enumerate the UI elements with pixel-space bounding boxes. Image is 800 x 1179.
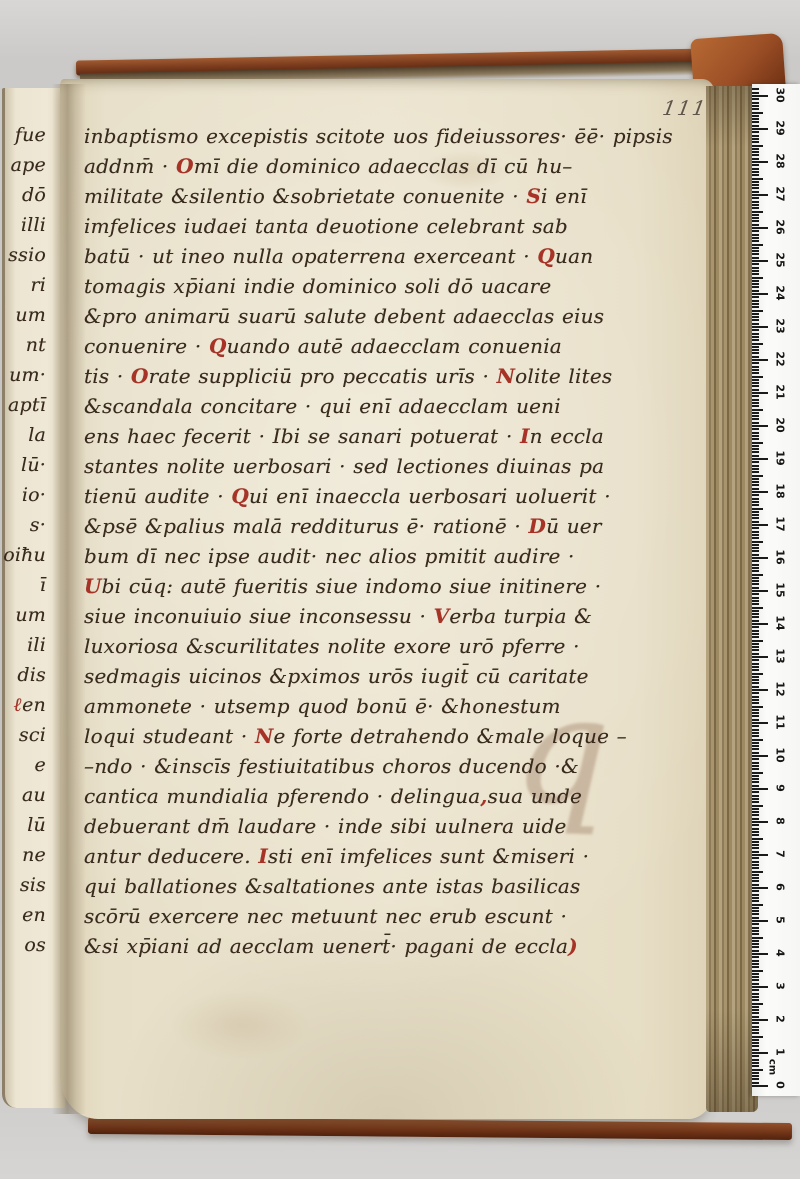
ruler-tick: [752, 772, 763, 774]
ruler-tick: [752, 181, 759, 183]
fragment-line: ri: [0, 274, 52, 304]
ruler-tick: [752, 880, 759, 882]
ruler-tick: [752, 811, 759, 813]
ruler-number: 8: [774, 810, 787, 832]
ruler-tick: [752, 877, 759, 879]
rubric-initial: ℓ: [14, 694, 22, 716]
rubric-initial: Q: [537, 244, 555, 268]
ruler-tick: [752, 1078, 759, 1080]
ruler-tick: [752, 161, 768, 163]
ruler-number: 2: [774, 1008, 787, 1030]
fragment-line: lū·: [0, 454, 52, 484]
ruler-tick: [752, 253, 759, 255]
ruler-tick: [752, 389, 759, 391]
ruler-tick: [752, 356, 759, 358]
ruler-tick: [752, 821, 768, 823]
ruler-tick: [752, 461, 759, 463]
ruler-tick: [752, 273, 759, 275]
ruler-tick: [752, 300, 759, 302]
ruler-tick: [752, 679, 759, 681]
ruler-tick: [752, 428, 759, 430]
ruler-tick: [752, 719, 759, 721]
ruler-tick: [752, 92, 759, 94]
ruler-tick: [752, 791, 759, 793]
ruler-tick: [752, 1006, 759, 1008]
ruler-tick: [752, 1072, 759, 1074]
ruler-tick: [752, 293, 768, 295]
ruler-tick: [752, 745, 759, 747]
ruler-tick: [752, 270, 759, 272]
ruler-tick: [752, 814, 759, 816]
manuscript-line: stantes nolite uerbosari · sed lectiones…: [84, 454, 674, 484]
ruler-tick: [752, 607, 763, 609]
ruler-tick: [752, 963, 759, 965]
ruler-tick: [752, 187, 759, 189]
ruler-tick: [752, 151, 759, 153]
ruler-tick: [752, 339, 759, 341]
ruler-tick: [752, 527, 759, 529]
ruler-tick: [752, 1059, 759, 1061]
fragment-line: sis: [0, 874, 52, 904]
ruler-tick: [752, 739, 763, 741]
ruler-tick: [752, 425, 768, 427]
ruler-tick: [752, 930, 759, 932]
manuscript-line: scōrū exercere nec metuunt nec erub escu…: [84, 904, 674, 934]
ruler-tick: [752, 313, 759, 315]
ruler-tick: [752, 138, 759, 140]
ruler-tick: [752, 197, 759, 199]
ruler-tick: [752, 692, 759, 694]
ruler-tick: [752, 283, 759, 285]
manuscript-line: tomagis xp̄iani indie dominico soli dō u…: [84, 274, 674, 304]
ink-text: en: [22, 694, 46, 716]
ruler-number: 30: [774, 84, 787, 106]
ruler-number: 24: [774, 282, 787, 304]
ruler-tick: [752, 88, 759, 90]
ruler-tick: [752, 405, 759, 407]
ruler-tick: [752, 590, 768, 592]
ruler-tick: [752, 805, 763, 807]
ink-text: sci: [19, 724, 46, 746]
ruler-tick: [752, 128, 768, 130]
ruler-tick: [752, 448, 759, 450]
manuscript-line: batū · ut ineo nulla opaterrena exercean…: [84, 244, 674, 274]
ruler-tick: [752, 135, 759, 137]
ruler-tick: [752, 280, 759, 282]
ruler-tick: [752, 857, 759, 859]
fragment-line: illi: [0, 214, 52, 244]
rubric-initial: N: [255, 724, 273, 748]
rubric-initial: O: [131, 364, 149, 388]
ruler-tick: [752, 534, 759, 536]
ruler-tick: [752, 871, 763, 873]
ruler-tick: [752, 379, 759, 381]
ruler-tick: [752, 659, 759, 661]
ruler-unit-label: cm: [767, 1056, 778, 1078]
ruler-tick: [752, 560, 759, 562]
ink-text: cantica mundialia pferendo · delingua: [84, 784, 480, 808]
ink-text: tis ·: [84, 364, 131, 388]
fragment-line: e: [0, 754, 52, 784]
ruler-tick: [752, 567, 759, 569]
rubric-initial: Q: [209, 334, 227, 358]
ink-text: –ndo · &inscīs festiuitatibus choros duc…: [84, 754, 579, 778]
ruler-tick: [752, 904, 763, 906]
ink-text: e forte detrahendo &male loque –: [274, 724, 627, 748]
ruler-tick: [752, 768, 759, 770]
ruler-tick: [752, 333, 759, 335]
ruler-tick: [752, 244, 763, 246]
ruler-tick: [752, 194, 768, 196]
manuscript-photo: 0123456789101112131415161718192021222324…: [0, 0, 800, 1179]
manuscript-line: conuenire · Quando autē adaecclam conuen…: [84, 334, 674, 364]
ruler-tick: [752, 112, 763, 114]
ink-text: luxoriosa &scurilitates nolite exore urō…: [84, 634, 580, 658]
ruler-tick: [752, 735, 759, 737]
ink-text: militate &silentio &sobrietate conuenite…: [84, 184, 526, 208]
ruler-tick: [752, 752, 759, 754]
ruler-tick: [752, 1082, 759, 1084]
ruler-tick: [752, 986, 768, 988]
ruler-tick: [752, 1075, 759, 1077]
ruler-tick: [752, 943, 759, 945]
ink-text: uan: [555, 244, 593, 268]
ink-text: la: [28, 424, 46, 446]
ink-text: i enī: [541, 184, 587, 208]
ink-text: mī die dominico adaecclas dī cū hu–: [194, 154, 573, 178]
ruler-tick: [752, 366, 759, 368]
ink-text: fue: [15, 124, 46, 146]
ink-text: uando autē adaecclam conuenia: [227, 334, 562, 358]
ruler-tick: [752, 498, 759, 500]
ruler-tick: [752, 402, 759, 404]
ruler-number: 4: [774, 942, 787, 964]
ink-text: &pro animarū suarū salute debent adaeccl…: [84, 304, 604, 328]
ruler-tick: [752, 689, 768, 691]
ruler-tick: [752, 709, 759, 711]
ruler-tick: [752, 372, 759, 374]
ink-text: lū: [27, 814, 46, 836]
ruler-number: 7: [774, 843, 787, 865]
ink-text: &psē &palius malā redditurus ē· rationē …: [84, 514, 529, 538]
ruler-tick: [752, 105, 759, 107]
fragment-line: os: [0, 934, 52, 964]
ruler-tick: [752, 712, 759, 714]
ruler-tick: [752, 861, 759, 863]
ruler-tick: [752, 910, 759, 912]
ink-text: tomagis xp̄iani indie dominico soli dō u…: [84, 274, 551, 298]
ruler-tick: [752, 844, 759, 846]
rubric-initial: I: [258, 844, 268, 868]
fragment-line: la: [0, 424, 52, 454]
ruler-tick: [752, 145, 763, 147]
ruler-tick: [752, 1085, 768, 1087]
manuscript-line: &psē &palius malā redditurus ē· rationē …: [84, 514, 674, 544]
ruler-tick: [752, 907, 759, 909]
ruler-tick: [752, 455, 759, 457]
ruler-number: 25: [774, 249, 787, 271]
ruler-tick: [752, 666, 759, 668]
ruler-tick: [752, 511, 759, 513]
manuscript-line: ens haec fecerit · Ibi se sanari potuera…: [84, 424, 674, 454]
ruler-tick: [752, 676, 759, 678]
ruler-tick: [752, 230, 759, 232]
fragment-line: oiħu: [0, 544, 52, 574]
ruler-tick: [752, 913, 759, 915]
ruler-tick: [752, 541, 763, 543]
manuscript-line: cantica mundialia pferendo · delingua,su…: [84, 784, 674, 814]
ruler-number: 27: [774, 183, 787, 205]
ruler-number: 13: [774, 645, 787, 667]
ruler-tick: [752, 517, 759, 519]
manuscript-line: loqui studeant · Ne forte detrahendo &ma…: [84, 724, 674, 754]
ruler-tick: [752, 491, 768, 493]
ruler-tick: [752, 623, 768, 625]
ink-text: erba turpia &: [449, 604, 592, 628]
ruler-tick: [752, 178, 763, 180]
ruler-tick: [752, 174, 759, 176]
ruler-tick: [752, 376, 763, 378]
ruler-tick: [752, 653, 759, 655]
ruler-tick: [752, 696, 759, 698]
ruler-tick: [752, 620, 759, 622]
ruler-tick: [752, 247, 759, 249]
manuscript-line: tis · Orate suppliciū pro peccatis urīs …: [84, 364, 674, 394]
ink-text: e: [35, 754, 46, 776]
ink-text: ri: [30, 274, 46, 296]
ruler-number: 3: [774, 975, 787, 997]
ruler-tick: [752, 349, 759, 351]
ruler-tick: [752, 1045, 759, 1047]
ruler-tick: [752, 867, 759, 869]
ink-text: antur deducere.: [84, 844, 258, 868]
ruler-tick: [752, 1003, 763, 1005]
ruler-tick: [752, 923, 759, 925]
fragment-line: nt: [0, 334, 52, 364]
ruler-tick: [752, 204, 759, 206]
ruler-tick: [752, 521, 759, 523]
fragment-line: dis: [0, 664, 52, 694]
ruler-tick: [752, 118, 759, 120]
fragment-line: aptī: [0, 394, 52, 424]
ruler-number: 9: [774, 777, 787, 799]
ruler-number: 22: [774, 348, 787, 370]
ink-text: addnm̄ ·: [84, 154, 176, 178]
fragment-line: lū: [0, 814, 52, 844]
folio-number: 111: [658, 96, 712, 120]
ruler-tick: [752, 385, 759, 387]
ruler-tick: [752, 1032, 759, 1034]
ruler-tick: [752, 468, 759, 470]
manuscript-line: imfelices iudaei tanta deuotione celebra…: [84, 214, 674, 244]
ink-text: &si xp̄iani ad aecclam uenert̄· pagani d…: [84, 934, 568, 958]
fragment-line: io·: [0, 484, 52, 514]
ruler-tick: [752, 834, 759, 836]
ruler-tick: [752, 554, 759, 556]
ruler-tick: [752, 524, 768, 526]
ink-text: bi cūq: autē fueritis siue indomo siue i…: [102, 574, 602, 598]
ruler-tick: [752, 359, 768, 361]
ruler-number: 17: [774, 513, 787, 535]
ruler-tick: [752, 927, 759, 929]
ruler-tick: [752, 762, 759, 764]
ruler-tick: [752, 669, 759, 671]
ruler-number: 26: [774, 216, 787, 238]
ruler-tick: [752, 435, 759, 437]
ruler-tick: [752, 970, 763, 972]
fragment-line: ssio: [0, 244, 52, 274]
ruler-tick: [752, 983, 759, 985]
ruler-tick: [752, 399, 759, 401]
ruler-tick: [752, 864, 759, 866]
ruler-tick: [752, 220, 759, 222]
manuscript-line: luxoriosa &scurilitates nolite exore urō…: [84, 634, 674, 664]
rubric-initial: N: [497, 364, 515, 388]
ruler-tick: [752, 715, 759, 717]
ruler-tick: [752, 686, 759, 688]
ruler-tick: [752, 531, 759, 533]
manuscript-line: &scandala concitare · qui enī adaecclam …: [84, 394, 674, 424]
manuscript-line: debuerant dm̄ laudare · inde sibi uulner…: [84, 814, 674, 844]
ruler-tick: [752, 125, 759, 127]
ink-text: um·: [9, 364, 46, 386]
rubric-initial: D: [529, 514, 547, 538]
ruler-tick: [752, 211, 763, 213]
ruler-tick: [752, 828, 759, 830]
rubric-initial: S: [526, 184, 541, 208]
ink-text: sti enī imfelices sunt &miseri ·: [268, 844, 589, 868]
ruler-number: 29: [774, 117, 787, 139]
ruler-tick: [752, 310, 763, 312]
facing-page-text-fragments: fueapedōillissioriumntum·aptīlalū·io·s·o…: [0, 124, 52, 964]
ruler-tick: [752, 207, 759, 209]
ruler-tick: [752, 798, 759, 800]
ruler-tick: [752, 323, 759, 325]
ruler-tick: [752, 706, 763, 708]
ruler-tick: [752, 937, 763, 939]
manuscript-line: siue inconuiuio siue inconsessu · Verba …: [84, 604, 674, 634]
ruler-tick: [752, 966, 759, 968]
manuscript-line: tienū audite · Qui enī inaeccla uerbosar…: [84, 484, 674, 514]
ruler-tick: [752, 191, 759, 193]
manuscript-line: ammonete · utsemp quod bonū ē· &honestum: [84, 694, 674, 724]
ruler-tick: [752, 217, 759, 219]
ruler-number: 23: [774, 315, 787, 337]
ink-text: ū uer: [546, 514, 602, 538]
ruler-tick: [752, 95, 768, 97]
ink-text: en: [22, 904, 46, 926]
ruler-tick: [752, 494, 759, 496]
ruler-tick: [752, 597, 759, 599]
ink-text: um: [15, 604, 46, 626]
ruler-tick: [752, 699, 759, 701]
ruler-tick: [752, 1029, 759, 1031]
manuscript-line: bum dī nec ipse audit· nec alios pmitit …: [84, 544, 674, 574]
manuscript-line: Ubi cūq: autē fueritis siue indomo siue …: [84, 574, 674, 604]
ruler-tick: [752, 758, 759, 760]
ruler-tick: [752, 900, 759, 902]
ruler-tick: [752, 227, 768, 229]
ruler-tick: [752, 432, 759, 434]
ink-text: oiħu: [3, 544, 46, 566]
ruler-tick: [752, 600, 759, 602]
ruler-number: 5: [774, 909, 787, 931]
ruler-tick: [752, 1065, 759, 1067]
ruler-tick: [752, 643, 759, 645]
ruler-tick: [752, 465, 759, 467]
ruler-tick: [752, 438, 759, 440]
ink-text: stantes nolite uerbosari · sed lectiones…: [84, 454, 604, 478]
ruler-tick: [752, 976, 759, 978]
ink-text: conuenire ·: [84, 334, 209, 358]
ruler-tick: [752, 471, 759, 473]
ink-text: sis: [20, 874, 46, 896]
ink-text: siue inconuiuio siue inconsessu ·: [84, 604, 434, 628]
ruler-tick: [752, 115, 759, 117]
ruler-tick: [752, 458, 768, 460]
ink-text: os: [24, 934, 46, 956]
ink-text: aptī: [8, 394, 46, 416]
ruler-tick: [752, 583, 759, 585]
ruler-tick: [752, 847, 759, 849]
ruler-tick: [752, 956, 759, 958]
ruler-tick: [752, 874, 759, 876]
ink-text: ape: [11, 154, 46, 176]
ruler-tick: [752, 286, 759, 288]
rubric-initial: I: [520, 424, 530, 448]
ruler-number: 15: [774, 579, 787, 601]
ruler-tick: [752, 508, 763, 510]
ink-text: ssio: [8, 244, 46, 266]
ruler-tick: [752, 544, 759, 546]
ink-text: olite lites: [515, 364, 612, 388]
ruler-tick: [752, 290, 759, 292]
ruler-tick: [752, 603, 759, 605]
ruler-tick: [752, 263, 759, 265]
ink-text: ne: [22, 844, 46, 866]
ink-text: dis: [17, 664, 46, 686]
ink-text: rate suppliciū pro peccatis urīs ·: [149, 364, 497, 388]
ruler-tick: [752, 801, 759, 803]
fragment-line: sci: [0, 724, 52, 754]
ruler-tick: [752, 580, 759, 582]
ruler-number: 11: [774, 711, 787, 733]
ink-text: n eccla: [530, 424, 604, 448]
ruler-tick: [752, 1052, 768, 1054]
fragment-line: ape: [0, 154, 52, 184]
ruler-tick: [752, 442, 763, 444]
fragment-line: ī: [0, 574, 52, 604]
ruler-tick: [752, 1049, 759, 1051]
ruler-tick: [752, 1019, 768, 1021]
ruler-tick: [752, 973, 759, 975]
ruler-number: 20: [774, 414, 787, 436]
fore-edge-pages: [706, 86, 758, 1112]
ruler-tick: [752, 550, 759, 552]
ruler-tick: [752, 184, 759, 186]
ruler-tick: [752, 593, 759, 595]
ruler-tick: [752, 636, 759, 638]
ruler-tick: [752, 445, 759, 447]
ruler-tick: [752, 610, 759, 612]
ruler-tick: [752, 778, 759, 780]
ruler-tick: [752, 564, 759, 566]
manuscript-line: militate &silentio &sobrietate conuenite…: [84, 184, 674, 214]
ruler-tick: [752, 838, 763, 840]
manuscript-line: –ndo · &inscīs festiuitatibus choros duc…: [84, 754, 674, 784]
rubric-initial: U: [84, 574, 102, 598]
ink-text: scōrū exercere nec metuunt nec erub escu…: [84, 904, 567, 928]
